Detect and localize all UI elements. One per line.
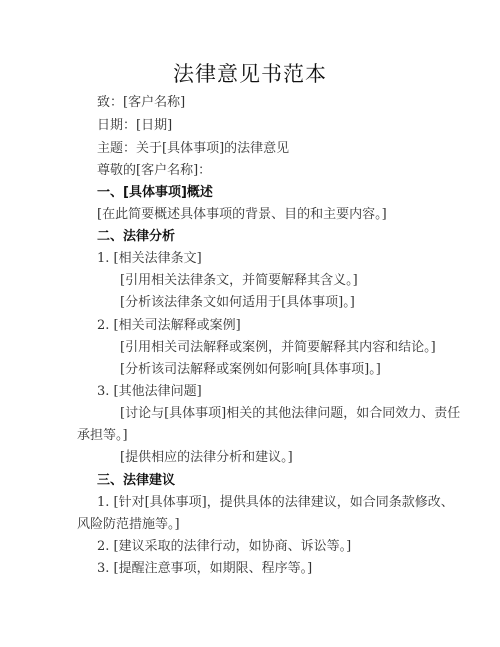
section-1-heading: 一、[具体事项]概述 <box>97 185 213 201</box>
analysis-item-1-line-1: [引用相关法律条文，并简要解释其含义。] <box>120 273 358 289</box>
analysis-item-3-line-2: [提供相应的法律分析和建议。] <box>120 450 293 466</box>
advice-item-1: 1. [针对[具体事项]，提供具体的法律建议，如合同条款修改、 <box>97 495 454 511</box>
advice-item-1-cont: 风险防范措施等。] <box>77 517 180 533</box>
analysis-item-3-line-1: [讨论与[具体事项]相关的其他法律问题，如合同效力、责任 <box>120 406 460 422</box>
section-3-heading: 三、法律建议 <box>97 473 175 489</box>
section-1-body: [在此简要概述具体事项的背景、目的和主要内容。] <box>97 207 387 223</box>
analysis-item-3-label: 3. [其他法律问题] <box>97 384 202 400</box>
recipient-line: 致：[客户名称] <box>97 95 185 111</box>
date-line: 日期：[日期] <box>97 118 172 134</box>
advice-item-3: 3. [提醒注意事项，如期限、程序等。] <box>97 561 312 577</box>
advice-item-2: 2. [建议采取的法律行动，如协商、诉讼等。] <box>97 539 351 555</box>
section-2-heading: 二、法律分析 <box>97 229 175 245</box>
document-page: 法律意见书范本 致：[客户名称] 日期：[日期] 主题：关于[具体事项]的法律意… <box>0 0 500 647</box>
salutation-line: 尊敬的[客户名称]： <box>97 163 211 179</box>
analysis-item-2-line-1: [引用相关司法解释或案例，并简要解释其内容和结论。] <box>120 340 436 356</box>
analysis-item-2-line-2: [分析该司法解释或案例如何影响[具体事项]。] <box>120 362 381 378</box>
subject-line: 主题：关于[具体事项]的法律意见 <box>97 141 289 157</box>
analysis-item-2-label: 2. [相关司法解释或案例] <box>97 318 241 334</box>
analysis-item-1-label: 1. [相关法律条文] <box>97 251 202 267</box>
analysis-item-1-line-2: [分析该法律条文如何适用于[具体事项]。] <box>120 295 355 311</box>
analysis-item-3-line-1-cont: 承担等。] <box>77 428 128 444</box>
document-title: 法律意见书范本 <box>0 58 500 88</box>
